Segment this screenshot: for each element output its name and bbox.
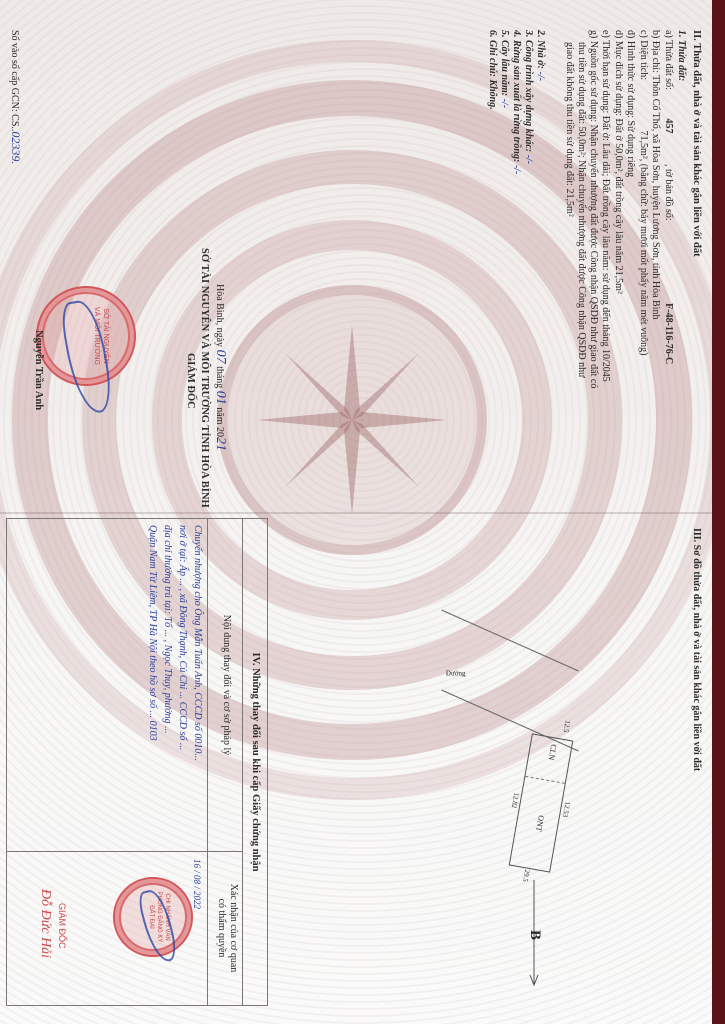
parcel-heading: 1. Thửa đất: xyxy=(676,30,687,81)
map-sheet-label: , tờ bản đồ số: xyxy=(663,164,674,221)
address-row: b) Địa chỉ: Thôn Cổ Thổ, xã Hòa Sơn, huy… xyxy=(648,30,661,320)
table-header-row: Nội dung thay đổi và cơ sở pháp lý Xác n… xyxy=(207,519,243,1005)
issuing-authority: SỞ TÀI NGUYÊN VÀ MÔI TRƯỜNG TỈNH HÒA BÌN… xyxy=(199,248,210,508)
col-authority-confirm: Xác nhận của cơ quan có thẩm quyền xyxy=(215,851,239,1005)
confirm-signer: Đỗ Đức Hải xyxy=(37,889,53,958)
change-entry-line: nơi ở tại: Ấp ... , xã Đông Thạnh, Củ Ch… xyxy=(175,525,190,849)
confirm-role: GIÁM ĐỐC xyxy=(57,903,67,949)
area-value: 71,5m², (bằng chữ: bảy mươi mốt phẩy năm… xyxy=(638,130,649,355)
director-title: GIÁM ĐỐC xyxy=(185,353,196,409)
parcel-number: 457 xyxy=(663,118,674,133)
origin-line-3: giao đất không thu tiền sử dụng đất: 21,… xyxy=(562,42,575,217)
section-ii-heading: II. Thửa đất, nhà ở và tài sản khác gắn … xyxy=(691,30,702,257)
change-entry-line: địa chỉ thường trú tại: Tổ ... , Ngọc Th… xyxy=(160,525,175,849)
road-label: Đường xyxy=(446,667,466,680)
parcel-number-label: a) Thửa đất số: xyxy=(663,30,674,90)
use-form-row: đ) Hình thức sử dụng: Sử dụng riêng xyxy=(623,30,636,177)
drum-star-icon xyxy=(252,320,452,520)
notes-row: 6. Ghi chú: Không. xyxy=(485,30,498,110)
change-entry: Chuyển nhượng cho Ông Mẫn Tuấn Anh, CCCD… xyxy=(145,525,205,849)
section-iii-heading: III. Sơ đồ thửa đất, nhà ở và tài sản kh… xyxy=(691,528,702,771)
north-arrow: B xyxy=(519,880,544,990)
area-row: c) Diện tích: 71,5m², (bằng chữ: bảy mươ… xyxy=(636,30,649,355)
change-entry-line: Chuyển nhượng cho Ông Mẫn Tuấn Anh, CCCD… xyxy=(190,525,205,849)
registry-number: Số vào sổ cấp GCN: CS..02339. xyxy=(7,30,22,164)
change-entry-line: Quận Nam Từ Liêm, TP Hà Nội theo hồ sơ s… xyxy=(145,525,160,849)
planted-forest-row: 4. Rừng sản xuất là rừng trồng: -/- xyxy=(509,30,522,174)
section-iv-heading: IV. Những thay đổi sau khi cấp Giấy chứn… xyxy=(250,519,261,1005)
change-entry-date: 16 / 08 / 2022 xyxy=(190,859,203,909)
origin-line-1: g) Nguồn gốc sử dụng: Nhận chuyển nhượng… xyxy=(586,30,599,388)
col-change-content: Nội dung thay đổi và cơ sở pháp lý xyxy=(221,519,232,851)
issue-date: Hòa Bình, ngày 07 tháng 01 năm 2021 xyxy=(212,284,226,451)
signer-name: Nguyễn Trần Anh xyxy=(33,330,44,410)
changes-table: IV. Những thay đổi sau khi cấp Giấy chứn… xyxy=(6,518,268,1006)
land-use-certificate-page: II. Thửa đất, nhà ở và tài sản khác gắn … xyxy=(0,0,712,1024)
map-sheet-number: F-48-116-76-C xyxy=(663,303,674,364)
page-fold xyxy=(0,512,712,514)
parcel-number-row: a) Thửa đất số: 457 , tờ bản đồ số: F-48… xyxy=(661,30,674,364)
area-label: c) Diện tích: xyxy=(638,30,649,80)
origin-line-2: thu tiền sử dụng đất: 50,0m²; Nhận chuyể… xyxy=(574,42,587,378)
perennial-trees-row: 5. Cây lâu năm: -/- xyxy=(497,30,510,108)
use-purpose-row: d) Mục đích sử dụng: Đất ở 50,0m², đất t… xyxy=(611,30,624,294)
other-construction-row: 3. Công trình xây dựng khác: -/- xyxy=(521,30,534,164)
zone-ont: ONT xyxy=(532,814,547,832)
use-term-row: e) Thời hạn sử dụng: Đất ở: Lâu dài; Đất… xyxy=(598,30,611,382)
house-row: 2. Nhà ở: -/- xyxy=(533,30,546,81)
zone-cln: CLN xyxy=(544,743,559,761)
